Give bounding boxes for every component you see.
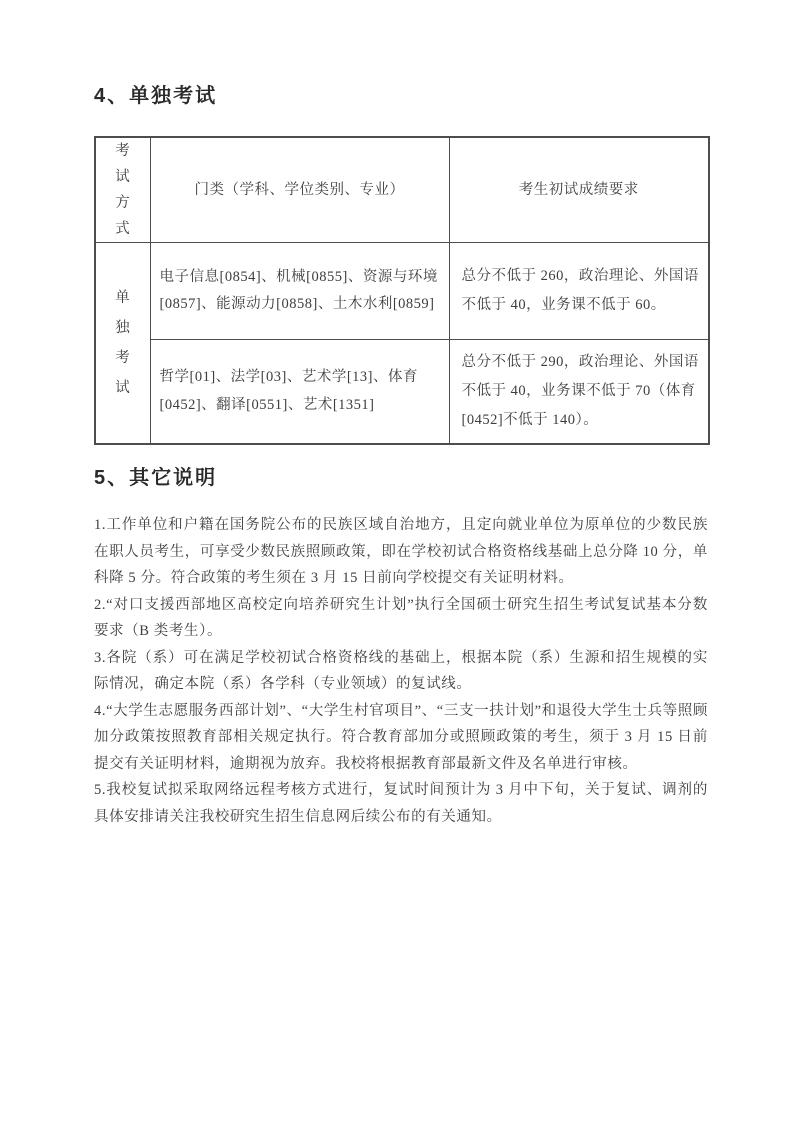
separate-exam-score-table: 考试方式 门类（学科、学位类别、专业） 考生初试成绩要求 单独考试 电子信息[0… — [94, 136, 710, 445]
column-header-categories: 门类（学科、学位类别、专业） — [150, 137, 449, 243]
section-4-heading: 4、单独考试 — [94, 84, 708, 108]
categories-cell-humanities: 哲学[01]、法学[03]、艺术学[13]、体育[0452]、翻译[0551]、… — [150, 340, 449, 445]
table-header-row: 考试方式 门类（学科、学位类别、专业） 考生初试成绩要求 — [95, 137, 709, 243]
row-group-label-separate-exam: 单独考试 — [95, 243, 150, 445]
note-item-4: 4.“大学生志愿服务西部计划”、“大学生村官项目”、“三支一扶计划”和退役大学生… — [94, 698, 708, 778]
note-item-5: 5.我校复试拟采取网络远程考核方式进行，复试时间预计为 3 月中下旬，关于复试、… — [94, 777, 708, 830]
requirement-cell-engineering: 总分不低于 260，政治理论、外国语不低于 40，业务课不低于 60。 — [449, 243, 709, 340]
note-item-3: 3.各院（系）可在满足学校初试合格资格线的基础上，根据本院（系）生源和招生规模的… — [94, 645, 708, 698]
section-5-heading: 5、其它说明 — [94, 466, 708, 490]
table-row: 单独考试 电子信息[0854]、机械[0855]、资源与环境[0857]、能源动… — [95, 243, 709, 340]
other-notes-list: 1.工作单位和户籍在国务院公布的民族区域自治地方，且定向就业单位为原单位的少数民… — [94, 512, 708, 830]
column-header-exam-method: 考试方式 — [95, 137, 150, 243]
categories-cell-engineering: 电子信息[0854]、机械[0855]、资源与环境[0857]、能源动力[085… — [150, 243, 449, 340]
column-header-score-requirement: 考生初试成绩要求 — [449, 137, 709, 243]
note-item-2: 2.“对口支援西部地区高校定向培养研究生计划”执行全国硕士研究生招生考试复试基本… — [94, 592, 708, 645]
table-row: 哲学[01]、法学[03]、艺术学[13]、体育[0452]、翻译[0551]、… — [95, 340, 709, 445]
requirement-cell-humanities: 总分不低于 290，政治理论、外国语不低于 40，业务课不低于 70（体育[04… — [449, 340, 709, 445]
note-item-1: 1.工作单位和户籍在国务院公布的民族区域自治地方，且定向就业单位为原单位的少数民… — [94, 512, 708, 592]
document-page: 4、单独考试 考试方式 门类（学科、学位类别、专业） 考生初试成绩要求 单独考试… — [94, 84, 708, 830]
